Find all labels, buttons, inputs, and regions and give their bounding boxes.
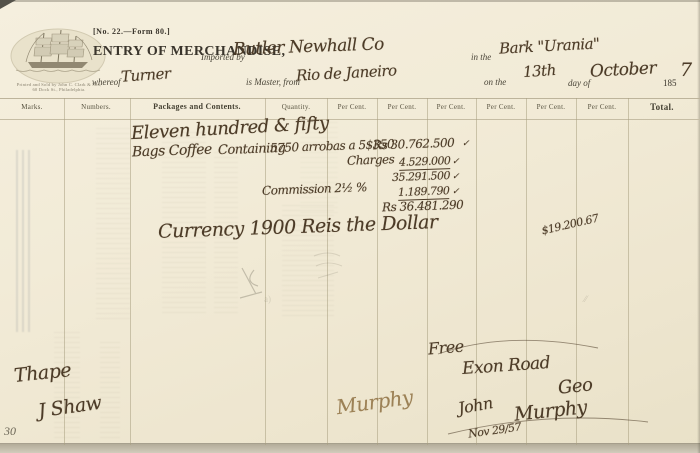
check-mark: ✓ <box>462 139 470 149</box>
merchandise-entry-document: Printed and Sold by John C. Clark & Son,… <box>0 0 700 453</box>
col-header-quantity: Quantity. <box>267 103 325 111</box>
importer-name-handwritten: Butler Newhall Co <box>233 34 385 59</box>
entry-packages-line2: Bags Coffee <box>132 142 212 161</box>
table-top-rule <box>0 98 700 99</box>
subtotal-amount: 35.291.500 <box>392 169 450 184</box>
bottom-left-notation-2: J Shaw <box>37 392 103 423</box>
on-the-label: on the <box>484 77 506 87</box>
dollar-total: $19.200.67 <box>540 212 599 238</box>
col-header-marks: Marks. <box>6 103 58 111</box>
notation-free: Free <box>427 336 464 358</box>
bleed-through-texture <box>300 122 338 217</box>
col-header-percent-5: Per Cent. <box>528 103 574 111</box>
col-header-percent-3: Per Cent. <box>428 103 474 111</box>
day-handwritten: 13th <box>522 61 556 81</box>
pencil-scribble <box>236 264 266 309</box>
vessel-name-handwritten: Bark "Urania" <box>499 34 600 57</box>
bleed-through-texture <box>54 332 80 440</box>
whereof-label: whereof <box>92 77 121 87</box>
table-header-rule <box>0 119 700 120</box>
col-header-percent-1: Per Cent. <box>329 103 375 111</box>
corner-number: 30 <box>4 424 16 439</box>
port-handwritten: Rio de Janeiro <box>296 61 397 84</box>
entry-amount: Rs 30.762.500 <box>373 136 455 153</box>
col-header-percent-4: Per Cent. <box>478 103 524 111</box>
is-master-from-label: is Master, from <box>246 77 300 87</box>
col-header-percent-2: Per Cent. <box>379 103 425 111</box>
col-header-packages: Packages and Contents. <box>132 102 262 111</box>
signature-geo: Geo <box>557 374 593 398</box>
charges-label: Charges <box>347 152 395 168</box>
column-divider <box>130 98 131 445</box>
col-header-percent-6: Per Cent. <box>578 103 626 111</box>
check-mark: ✓ <box>452 157 460 167</box>
bleed-through-texture <box>100 342 120 438</box>
year-digit-handwritten: 7 <box>680 59 692 81</box>
in-the-label: in the <box>471 52 491 62</box>
month-handwritten: October <box>590 58 657 81</box>
master-name-handwritten: Turner <box>120 64 171 85</box>
scan-edge-top <box>0 0 700 2</box>
signature-murphy-light: Murphy <box>335 385 414 419</box>
ink-speck: ⁄⁄ <box>584 294 587 304</box>
printer-caption-line2: 60 Dock St., Philadelphia. <box>12 88 106 93</box>
pencil-scribble <box>310 248 346 291</box>
vertical-stamp-bleed <box>16 150 32 332</box>
col-header-numbers: Numbers. <box>66 103 126 111</box>
check-mark: ✓ <box>452 187 460 197</box>
col-header-total: Total. <box>630 102 694 112</box>
year-printed: 185 <box>663 78 677 88</box>
ink-speck: a) <box>264 294 271 304</box>
form-number: [No. 22.—Form 80.] <box>93 27 170 36</box>
column-divider <box>64 98 65 445</box>
bleed-through-texture <box>96 128 130 323</box>
commission-label: Commission 2½ % <box>262 180 367 198</box>
day-of-label: day of <box>568 78 590 88</box>
check-mark: ✓ <box>452 172 460 182</box>
